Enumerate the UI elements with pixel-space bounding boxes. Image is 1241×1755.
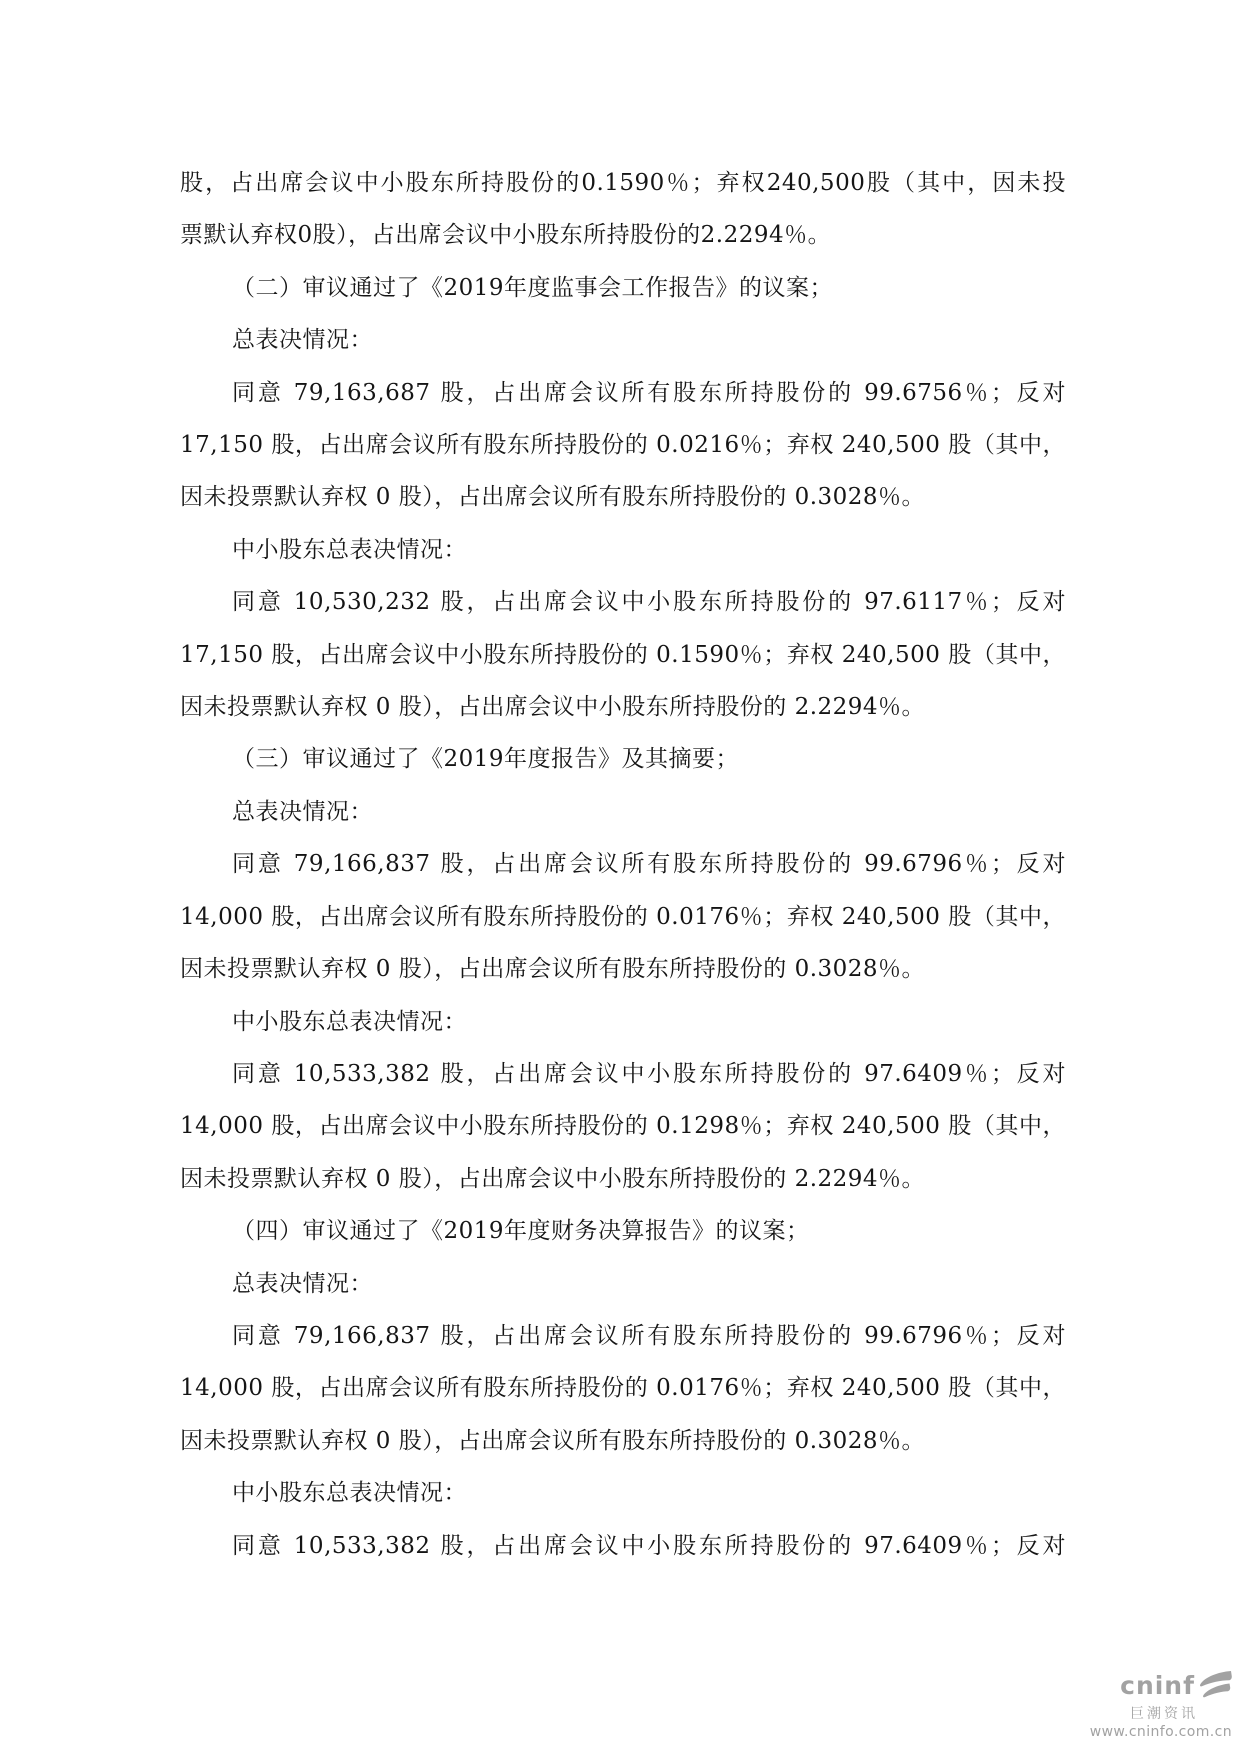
text-line-7: 因未投票默认弃权 0 股），占出席会议所有股东所持股份的 0.3028％。 [180,471,1066,523]
text-line-15: 14,000 股，占出席会议所有股东所持股份的 0.0176％；弃权 240,5… [180,891,1066,943]
text-line-11: 因未投票默认弃权 0 股），占出席会议中小股东所持股份的 2.2294％。 [180,681,1066,733]
cninfo-chinese-name: 巨潮资讯 [1090,1707,1198,1721]
text-line-23: 同意 79,166,837 股，占出席会议所有股东所持股份的 99.6796％；… [180,1310,1066,1362]
cninfo-logo-text: cninf [1120,1673,1195,1699]
document-body: 股，占出席会议中小股东所持股份的0.1590％；弃权240,500股（其中，因未… [180,157,1066,1572]
text-line-20: 因未投票默认弃权 0 股），占出席会议中小股东所持股份的 2.2294％。 [180,1153,1066,1205]
cninfo-swirl-icon [1198,1671,1232,1704]
text-line-6: 17,150 股，占出席会议所有股东所持股份的 0.0216％；弃权 240,5… [180,419,1066,471]
text-line-19: 14,000 股，占出席会议中小股东所持股份的 0.1298％；弃权 240,5… [180,1100,1066,1152]
text-line-3: （二）审议通过了《2019年度监事会工作报告》的议案； [180,262,1066,314]
cninfo-watermark: cninf 巨潮资讯 www.cninfo.com.cn [1090,1673,1232,1739]
text-line-18: 同意 10,533,382 股，占出席会议中小股东所持股份的 97.6409％；… [180,1048,1066,1100]
cninfo-url: www.cninfo.com.cn [1090,1725,1232,1739]
text-line-16: 因未投票默认弃权 0 股），占出席会议所有股东所持股份的 0.3028％。 [180,943,1066,995]
text-line-2: 票默认弃权0股），占出席会议中小股东所持股份的2.2294％。 [180,209,1066,261]
text-line-17: 中小股东总表决情况： [180,996,1066,1048]
text-line-24: 14,000 股，占出席会议所有股东所持股份的 0.0176％；弃权 240,5… [180,1362,1066,1414]
text-line-26: 中小股东总表决情况： [180,1467,1066,1519]
text-line-13: 总表决情况： [180,786,1066,838]
text-line-4: 总表决情况： [180,314,1066,366]
cninfo-brand-row: cninf [1090,1673,1232,1704]
text-line-21: （四）审议通过了《2019年度财务决算报告》的议案； [180,1205,1066,1257]
text-line-10: 17,150 股，占出席会议中小股东所持股份的 0.1590％；弃权 240,5… [180,629,1066,681]
text-line-22: 总表决情况： [180,1258,1066,1310]
text-line-27: 同意 10,533,382 股，占出席会议中小股东所持股份的 97.6409％；… [180,1520,1066,1572]
document-page: 股，占出席会议中小股东所持股份的0.1590％；弃权240,500股（其中，因未… [0,0,1241,1755]
text-line-12: （三）审议通过了《2019年度报告》及其摘要； [180,733,1066,785]
text-line-25: 因未投票默认弃权 0 股），占出席会议所有股东所持股份的 0.3028％。 [180,1415,1066,1467]
text-line-1: 股，占出席会议中小股东所持股份的0.1590％；弃权240,500股（其中，因未… [180,157,1066,209]
text-line-5: 同意 79,163,687 股，占出席会议所有股东所持股份的 99.6756％；… [180,367,1066,419]
text-line-8: 中小股东总表决情况： [180,524,1066,576]
text-line-9: 同意 10,530,232 股，占出席会议中小股东所持股份的 97.6117％；… [180,576,1066,628]
text-line-14: 同意 79,166,837 股，占出席会议所有股东所持股份的 99.6796％；… [180,838,1066,890]
